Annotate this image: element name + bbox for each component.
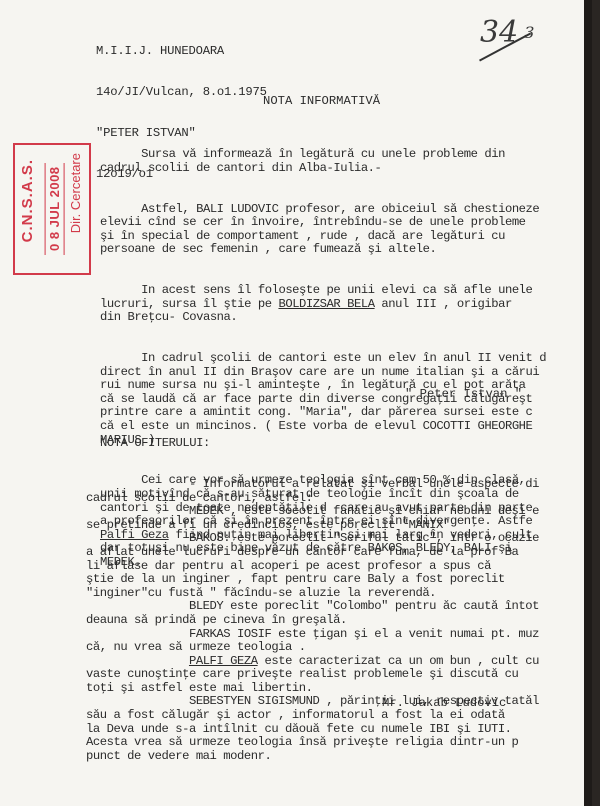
officer-note-line: a aflat unele lucruri despre un cantor c… [86, 546, 586, 560]
officer-note-line: BLEDY este poreclit "Colombo" pentru ăc … [86, 600, 586, 614]
officer-note-line: cadrul scolii de cantori, astfel: [86, 492, 586, 506]
informant-signature: " Peter Istvan " [405, 388, 522, 402]
stamp-date: 0 8 JUL 2008 [45, 163, 65, 255]
stamp-org: C.N.S.A.S. [21, 159, 35, 242]
officer-note-line: li aflase dar pentru al acoperi pe acest… [86, 560, 586, 574]
handwritten-page-number: 343 [480, 26, 534, 40]
officer-note-line: SEBESTYEN SIGISMUND , părinţii lui, resp… [86, 695, 586, 709]
officer-note-lines: - Informatorul a relatat şi verbal unele… [86, 478, 586, 763]
underlined-name: PALFI GEZA [189, 654, 258, 668]
officer-note: NOTA OFITERULUI: - Informatorul a relata… [86, 410, 586, 791]
officer-note-line: toţi şi astfel este mai libertin. [86, 682, 586, 696]
officer-note-line: FARKAS IOSIF este ţigan şi el a venit nu… [86, 628, 586, 642]
report-paragraph: In acest sens îl foloseşte pe unii elevi… [100, 284, 590, 325]
officer-note-line: BAKOS: este poreclit "Seriful tătic", in… [86, 532, 586, 546]
report-paragraph: Sursa vă informează în legătură cu unele… [100, 148, 590, 175]
stamp-department: Dir. Cercetare [69, 153, 83, 233]
officer-note-line: său a fost călugăr şi actor , informator… [86, 709, 586, 723]
officer-note-line: PALFI GEZA este caracterizat ca un om bu… [86, 655, 586, 669]
officer-note-line: că, nu vrea să urmeze teologia . [86, 641, 586, 655]
page-edge [584, 0, 592, 806]
struck-number: 34 [480, 15, 518, 50]
officer-note-line: se pretinde a fi un credincios, este por… [86, 519, 586, 533]
officer-note-line: - Informatorul a relatat şi verbal unele… [86, 478, 586, 492]
document-title: NOTA INFORMATIVĂ [263, 95, 380, 109]
archive-stamp: C.N.S.A.S. 0 8 JUL 2008 Dir. Cercetare [13, 143, 91, 275]
officer-note-line: deauna să prindă pe cineva în greşală. [86, 614, 586, 628]
officer-note-line: "inginer"cu fustă " făcîndu-se aluzie la… [86, 587, 586, 601]
header-line: 14o/JI/Vulcan, 8.o1.1975 [96, 86, 267, 100]
header-line: M.I.I.J. HUNEDOARA [96, 45, 267, 59]
officer-note-line: ştie de la un inginer , fapt pentru care… [86, 573, 586, 587]
officer-note-heading: NOTA OFITERULUI: [86, 437, 586, 451]
officer-note-line: punct de vedere mai modenr. [86, 750, 586, 764]
officer-note-line: Acesta vrea să urmeze teologia însă priv… [86, 736, 586, 750]
report-paragraph: Astfel, BALI LUDOVIC profesor, are obice… [100, 203, 590, 257]
officer-note-line: MEDEK , este socotit fanatic şi chiar ne… [86, 505, 586, 519]
underlined-name: BOLDIZSAR BELA [278, 297, 374, 311]
officer-note-line: vaste cunoştinţe care priveşte realist p… [86, 668, 586, 682]
document-page: M.I.I.J. HUNEDOARA 14o/JI/Vulcan, 8.o1.1… [0, 0, 592, 806]
officer-note-line: la Deva unde s-a intîlnit cu dăouă fete … [86, 723, 586, 737]
officer-signature: Mr. Jakab Ludovic [382, 697, 506, 711]
